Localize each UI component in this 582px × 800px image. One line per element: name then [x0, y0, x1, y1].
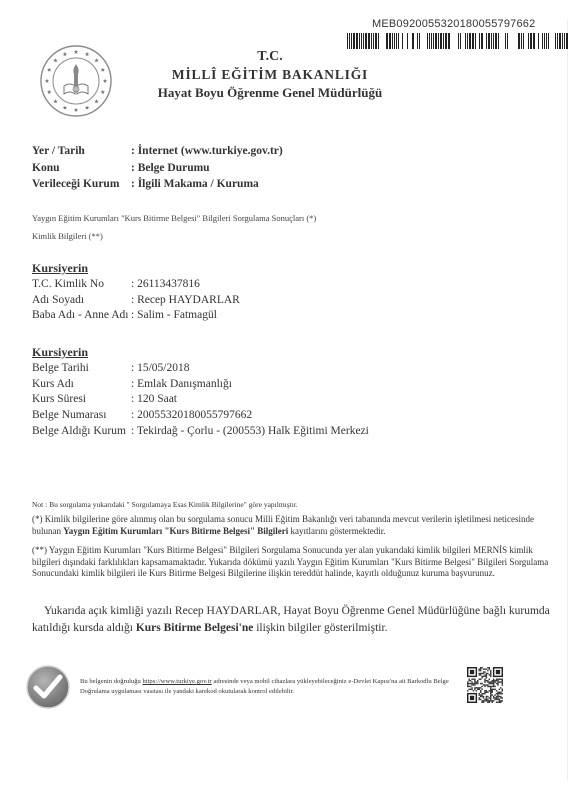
- summary-statement: Yukarıda açık kimliği yazılı Recep HAYDA…: [32, 603, 562, 637]
- note-text: kayıtlarını göstermektedir.: [288, 526, 385, 536]
- meta-label: Konu: [32, 162, 131, 179]
- verification-link[interactable]: https://www.turkiye.gov.tr: [142, 678, 211, 685]
- field-label: T.C. Kimlik No: [32, 277, 131, 293]
- document-meta: Yer / Tarih : İnternet (www.turkiye.gov.…: [32, 145, 283, 195]
- summary-text: ilişkin bilgiler gösterilmiştir.: [253, 622, 387, 634]
- intro-line-identity: Kimlik Bilgileri (**): [32, 227, 316, 245]
- checkmark-badge-icon: [25, 664, 71, 710]
- field-label: Kurs Adı: [32, 377, 131, 393]
- field-row-course-name: Kurs Adı : Emlak Danışmanlığı: [32, 377, 369, 393]
- summary-bold-text: Kurs Bitirme Belgesi'ne: [136, 622, 254, 634]
- meta-label: Yer / Tarih: [32, 145, 131, 162]
- field-value: : Recep HAYDARLAR: [131, 293, 240, 309]
- certificate-section: Kursiyerin Belge Tarihi : 15/05/2018 Kur…: [32, 345, 369, 439]
- field-row-cert-number: Belge Numarası : 20055320180055797662: [32, 408, 369, 424]
- field-value: : 15/05/2018: [131, 361, 189, 377]
- letterhead: T.C. MİLLÎ EĞİTİM BAKANLIĞI Hayat Boyu Ö…: [150, 48, 390, 102]
- intro-line-results: Yaygın Eğitim Kurumları "Kurs Bitirme Be…: [32, 209, 316, 227]
- page-edge-shadow: [567, 20, 568, 780]
- field-value: : 120 Saat: [131, 392, 177, 408]
- verification-text: Bu belgenin doğruluğu: [80, 678, 142, 685]
- note-single-asterisk: (*) Kimlik bilgilerine göre alınmış olan…: [32, 514, 552, 537]
- header-directorate: Hayat Boyu Öğrenme Genel Müdürlüğü: [150, 84, 390, 102]
- qr-code-icon[interactable]: [467, 667, 503, 703]
- field-row-name: Adı Soyadı : Recep HAYDARLAR: [32, 293, 240, 309]
- trainee-identity-section: Kursiyerin T.C. Kimlik No : 26113437816 …: [32, 261, 240, 324]
- field-label: Belge Tarihi: [32, 361, 131, 377]
- field-value: : 20055320180055797662: [131, 408, 252, 424]
- meta-row-recipient: Verileceği Kurum : İlgili Makama / Kurum…: [32, 178, 283, 195]
- field-row-cert-date: Belge Tarihi : 15/05/2018: [32, 361, 369, 377]
- meta-value: : İnternet (www.turkiye.gov.tr): [131, 145, 283, 162]
- barcode-icon: [347, 33, 572, 49]
- document-number: MEB0920055320180055797662: [372, 18, 535, 30]
- note-bold-text: Yaygın Eğitim Kurumları "Kurs Bitirme Be…: [63, 526, 288, 536]
- meta-label: Verileceği Kurum: [32, 178, 131, 195]
- header-ministry: MİLLÎ EĞİTİM BAKANLIĞI: [150, 66, 390, 84]
- header-tc: T.C.: [150, 48, 390, 66]
- meta-value: : Belge Durumu: [131, 162, 210, 179]
- field-row-course-duration: Kurs Süresi : 120 Saat: [32, 392, 369, 408]
- query-intro: Yaygın Eğitim Kurumları "Kurs Bitirme Be…: [32, 209, 316, 245]
- section-title: Kursiyerin: [32, 345, 369, 361]
- meb-emblem-icon: [34, 44, 118, 118]
- field-value: : Salim - Fatmagül: [131, 308, 217, 324]
- note-double-asterisk: (**) Yaygın Eğitim Kurumları "Kurs Bitir…: [32, 545, 552, 580]
- field-label: Kurs Süresi: [32, 392, 131, 408]
- field-label: Belge Numarası: [32, 408, 131, 424]
- note-query-basis: Not : Bu sorgulama yukarıdaki " Sorgulam…: [32, 499, 552, 511]
- meta-value: : İlgili Makama / Kuruma: [131, 178, 259, 195]
- field-value: : Emlak Danışmanlığı: [131, 377, 232, 393]
- field-label: Belge Aldığı Kurum: [32, 424, 131, 440]
- footnotes: Not : Bu sorgulama yukarıdaki " Sorgulam…: [32, 499, 552, 580]
- meta-row-subject: Konu : Belge Durumu: [32, 162, 283, 179]
- field-value: : Tekirdağ - Çorlu - (200553) Halk Eğiti…: [131, 424, 369, 440]
- field-row-parents: Baba Adı - Anne Adı : Salim - Fatmagül: [32, 308, 240, 324]
- meta-row-place-date: Yer / Tarih : İnternet (www.turkiye.gov.…: [32, 145, 283, 162]
- section-title: Kursiyerin: [32, 261, 240, 277]
- verification-note: Bu belgenin doğruluğu https://www.turkiy…: [80, 677, 480, 697]
- field-label: Adı Soyadı: [32, 293, 131, 309]
- field-row-institution: Belge Aldığı Kurum : Tekirdağ - Çorlu - …: [32, 424, 369, 440]
- field-label: Baba Adı - Anne Adı: [32, 308, 131, 324]
- field-value: : 26113437816: [131, 277, 200, 293]
- field-row-tc-no: T.C. Kimlik No : 26113437816: [32, 277, 240, 293]
